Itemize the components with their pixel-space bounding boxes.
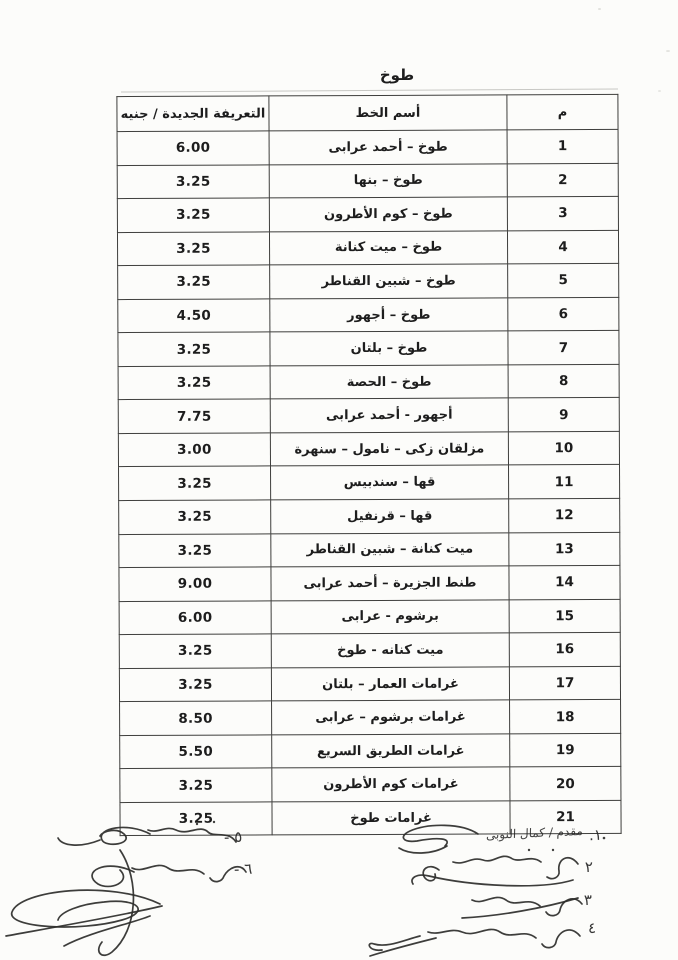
row-number-cell: 13 bbox=[509, 532, 620, 566]
table-row: 5 طوخ – شبين القناطر 3.25 bbox=[118, 264, 619, 300]
header-new-fare: التعريفة الجديدة / جنيه bbox=[117, 96, 269, 132]
line-name-cell: ميت كنانة – شبين القناطر bbox=[271, 532, 509, 567]
table-row: 16 ميت كنانه - طوخ 3.25 bbox=[119, 633, 620, 669]
row-number-cell: 18 bbox=[510, 700, 621, 734]
fare-value-cell: 3.25 bbox=[117, 164, 269, 198]
line-name-cell: طنط الجزيرة – أحمد عرابى bbox=[271, 566, 509, 601]
header-no: م bbox=[507, 94, 618, 129]
ink-dot bbox=[213, 821, 215, 823]
ink-dot bbox=[603, 837, 606, 840]
row-number-cell: 15 bbox=[509, 599, 620, 633]
row-number-cell: 9 bbox=[508, 398, 619, 432]
table-row: 6 طوخ – أجهور 4.50 bbox=[118, 297, 619, 333]
fare-value-cell: 8.50 bbox=[120, 701, 272, 735]
signature-squiggle bbox=[547, 858, 578, 879]
fare-value-cell: 4.50 bbox=[118, 299, 270, 333]
table-row: 18 غرامات برشوم – عرابى 8.50 bbox=[120, 700, 621, 736]
fare-table-header: م أسم الخط التعريفة الجديدة / جنيه bbox=[117, 94, 618, 131]
fare-table-body: 1 طوخ – أحمد عرابى 6.00 2 طوخ – بنها 3.2… bbox=[117, 129, 621, 836]
signature-squiggle bbox=[100, 827, 150, 844]
table-row: 11 قها – سندبيس 3.25 bbox=[119, 465, 620, 501]
scan-ghost-line bbox=[121, 88, 618, 92]
line-name-cell: قها – سندبيس bbox=[271, 465, 509, 500]
table-row: 14 طنط الجزيرة – أحمد عرابى 9.00 bbox=[119, 566, 620, 602]
signature-squiggle bbox=[453, 856, 541, 863]
table-row: 10 مزلقان زكى – نامول – سنهرة 3.00 bbox=[118, 431, 619, 467]
fare-value-cell: 3.25 bbox=[117, 232, 269, 266]
fare-value-cell: 3.25 bbox=[119, 634, 271, 668]
table-row: 20 غرامات كوم الأطرون 3.25 bbox=[120, 767, 621, 803]
row-number-cell: 20 bbox=[510, 767, 621, 801]
scan-speck bbox=[598, 8, 601, 10]
fare-value-cell: 6.00 bbox=[119, 601, 271, 635]
signature-number-5: ٥ - bbox=[224, 828, 243, 847]
fare-value-cell: 3.25 bbox=[119, 533, 271, 567]
signature-squiggle bbox=[542, 930, 580, 948]
signature-squiggle bbox=[428, 929, 536, 938]
row-number-cell: 6 bbox=[508, 297, 619, 331]
table-row: 12 قها – قرنفيل 3.25 bbox=[119, 498, 620, 534]
signature-squiggle bbox=[403, 825, 478, 846]
table-row: 15 برشوم - عرابى 6.00 bbox=[119, 599, 620, 635]
fare-value-cell: 5.50 bbox=[120, 735, 272, 769]
ink-dot bbox=[196, 823, 198, 825]
ink-dot bbox=[528, 849, 530, 851]
line-name-cell: طوخ – شبين القناطر bbox=[270, 264, 508, 299]
line-name-cell: طوخ – أجهور bbox=[270, 298, 508, 333]
line-name-cell: غرامات الطريق السريع bbox=[272, 734, 510, 769]
line-name-cell: برشوم - عرابى bbox=[271, 600, 509, 635]
fare-value-cell: 3.25 bbox=[119, 668, 271, 702]
row-number-cell: 10 bbox=[508, 431, 619, 465]
table-row: 13 ميت كنانة – شبين القناطر 3.25 bbox=[119, 532, 620, 568]
row-number-cell: 12 bbox=[509, 498, 620, 532]
row-number-cell: 8 bbox=[508, 364, 619, 398]
signature-squiggle bbox=[132, 865, 204, 874]
table-row: 8 طوخ – الحصة 3.25 bbox=[118, 364, 619, 400]
line-name-cell: طوخ – ميت كنانة bbox=[269, 231, 507, 266]
scanned-document-page: طوخ م أسم الخط التعريفة الجديدة / جنيه 1… bbox=[0, 0, 678, 960]
table-row: 7 طوخ – بلتان 3.25 bbox=[118, 331, 619, 367]
signature-squiggle bbox=[58, 838, 100, 845]
fare-table: م أسم الخط التعريفة الجديدة / جنيه 1 طوخ… bbox=[116, 94, 621, 837]
fare-value-cell: 3.25 bbox=[120, 768, 272, 802]
line-name-cell: غرامات كوم الأطرون bbox=[272, 767, 510, 802]
signature-squiggle bbox=[423, 867, 439, 881]
signature-number-1: ١. bbox=[589, 826, 602, 844]
fare-value-cell: 3.25 bbox=[117, 198, 269, 232]
row-number-cell: 19 bbox=[510, 733, 621, 767]
line-name-cell: قها – قرنفيل bbox=[271, 499, 509, 534]
table-row: 19 غرامات الطريق السريع 5.50 bbox=[120, 733, 621, 769]
row-number-cell: 11 bbox=[509, 465, 620, 499]
fare-value-cell: 3.25 bbox=[118, 366, 270, 400]
table-row: 4 طوخ – ميت كنانة 3.25 bbox=[117, 230, 618, 266]
signature-squiggle bbox=[472, 897, 540, 906]
row-number-cell: 7 bbox=[508, 331, 619, 365]
page-title: طوخ bbox=[380, 66, 414, 84]
row-number-cell: 16 bbox=[509, 633, 620, 667]
fare-value-cell: 3.25 bbox=[118, 332, 270, 366]
signature-squiggle bbox=[64, 916, 150, 946]
line-name-cell: طوخ – الحصة bbox=[270, 365, 508, 400]
line-name-cell: أجهور - أحمد عرابى bbox=[270, 398, 508, 433]
signature-number-6: ٦ - bbox=[234, 860, 253, 879]
table-row: 9 أجهور - أحمد عرابى 7.75 bbox=[118, 398, 619, 434]
line-name-cell: طوخ – أحمد عرابى bbox=[269, 130, 507, 165]
line-name-cell: ميت كنانه - طوخ bbox=[271, 633, 509, 668]
table-row: 1 طوخ – أحمد عرابى 6.00 bbox=[117, 129, 618, 165]
line-name-cell: مزلقان زكى – نامول – سنهرة bbox=[270, 432, 508, 467]
fare-value-cell: 6.00 bbox=[117, 131, 269, 165]
row-number-cell: 3 bbox=[507, 197, 618, 231]
fare-value-cell: 3.25 bbox=[118, 265, 270, 299]
header-line-name: أسم الخط bbox=[269, 95, 507, 131]
line-name-cell: طوخ – بنها bbox=[269, 163, 507, 198]
row-number-cell: 17 bbox=[509, 666, 620, 700]
signature-squiggle bbox=[92, 866, 134, 886]
table-row: 2 طوخ – بنها 3.25 bbox=[117, 163, 618, 199]
line-name-cell: غرامات برشوم – عرابى bbox=[272, 700, 510, 735]
row-number-cell: 14 bbox=[509, 566, 620, 600]
fare-value-cell: 7.75 bbox=[118, 399, 270, 433]
signature-number-3: ٣ bbox=[584, 891, 593, 909]
fare-value-cell: 9.00 bbox=[119, 567, 271, 601]
signature-number-4: ٤ bbox=[588, 919, 597, 937]
fare-value-cell: 3.25 bbox=[119, 466, 271, 500]
scan-speck bbox=[666, 50, 670, 52]
fare-value-cell: 3.25 bbox=[119, 500, 271, 534]
ink-dot bbox=[552, 849, 554, 851]
scan-speck bbox=[658, 90, 661, 92]
row-number-cell: 5 bbox=[508, 264, 619, 298]
line-name-cell: طوخ – كوم الأطرون bbox=[269, 197, 507, 232]
row-number-cell: 2 bbox=[507, 163, 618, 197]
signature-squiggle bbox=[6, 906, 162, 936]
signature-squiggle bbox=[399, 846, 447, 853]
table-row: 3 طوخ – كوم الأطرون 3.25 bbox=[117, 197, 618, 233]
signature-number-2: ٢ bbox=[585, 858, 594, 876]
header-row: م أسم الخط التعريفة الجديدة / جنيه bbox=[117, 94, 618, 131]
line-name-cell: طوخ – بلتان bbox=[270, 331, 508, 366]
table-row: 17 غرامات العمار – بلتان 3.25 bbox=[119, 666, 620, 702]
row-number-cell: 1 bbox=[507, 129, 618, 163]
fare-value-cell: 3.00 bbox=[118, 433, 270, 467]
line-name-cell: غرامات العمار – بلتان bbox=[271, 667, 509, 702]
row-number-cell: 4 bbox=[507, 230, 618, 264]
